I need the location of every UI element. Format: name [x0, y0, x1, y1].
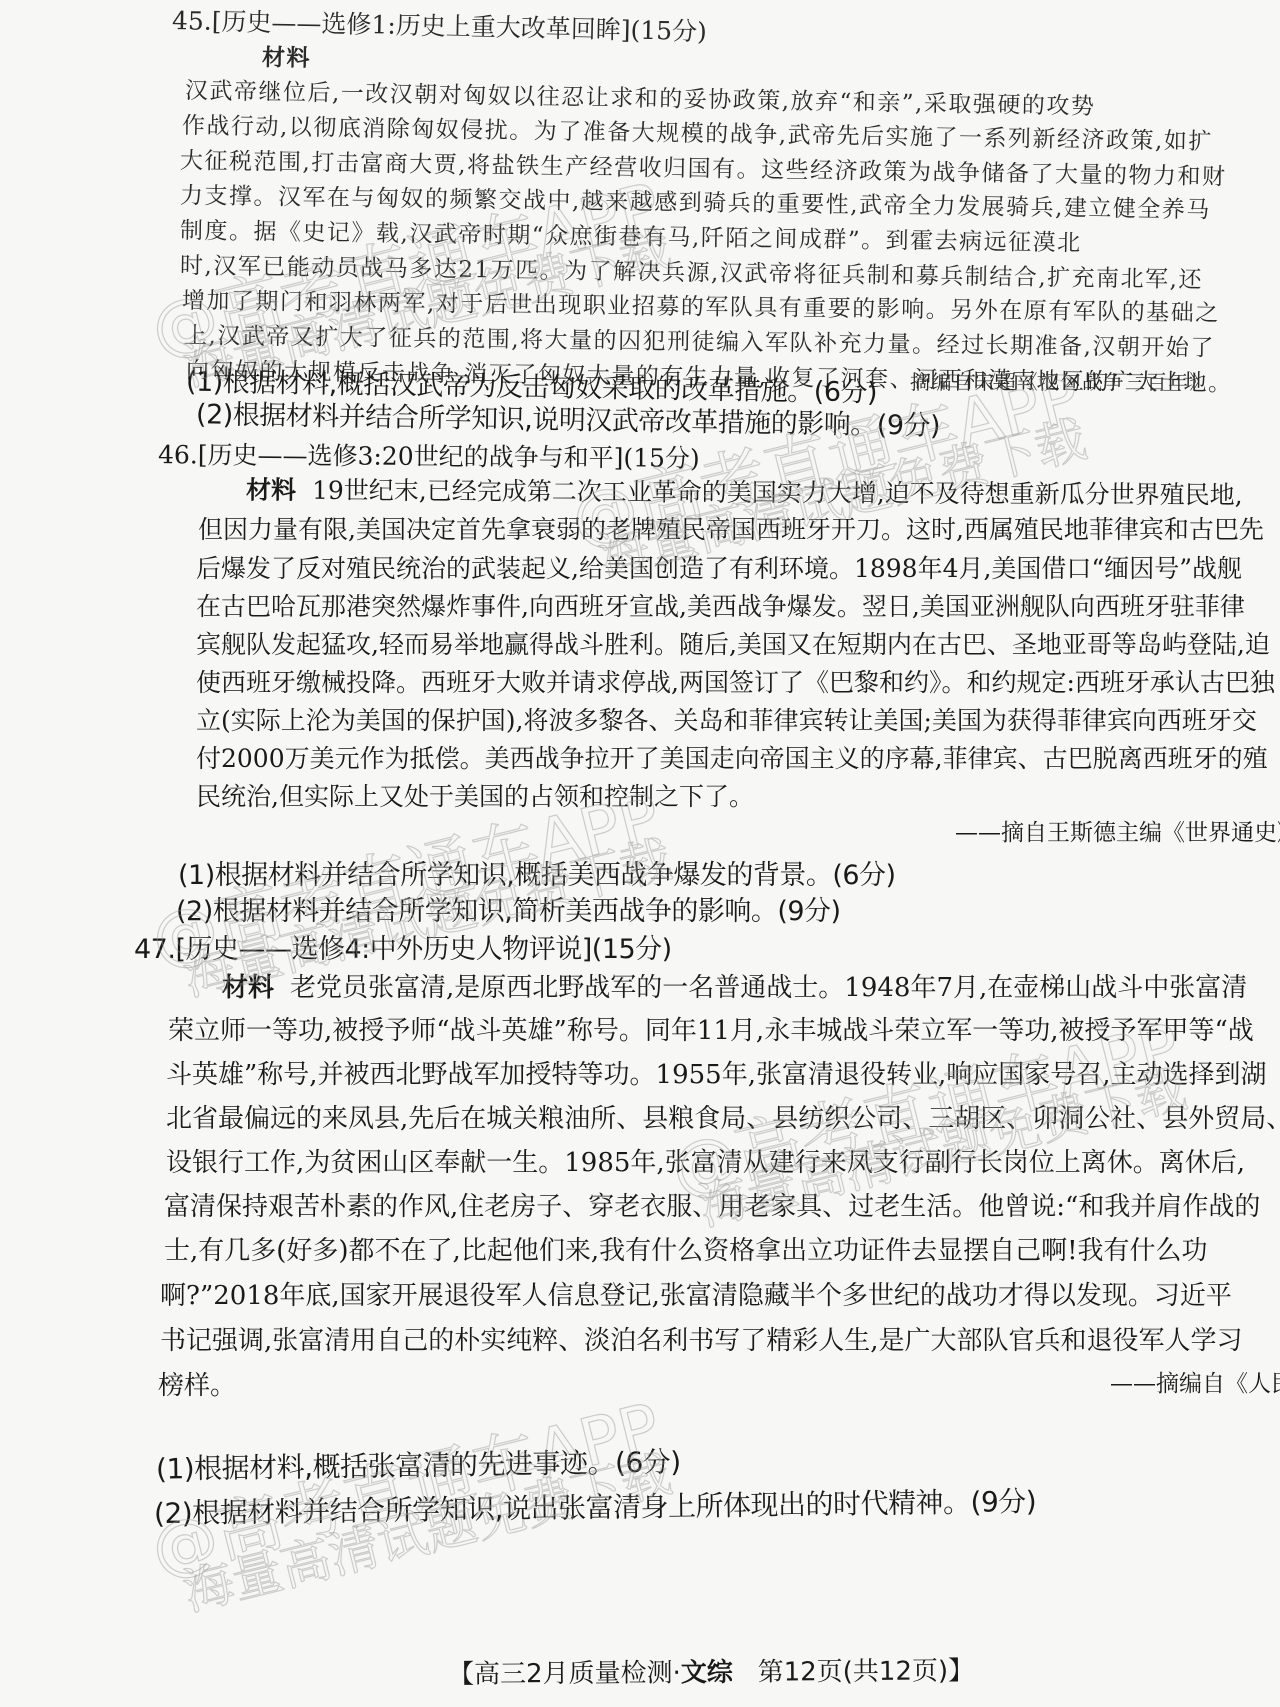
question-47-sub-1: (1)根据材料,概括张富清的先进事迹。(6分): [156, 1448, 681, 1483]
material-line: 制度。据《史记》载,汉武帝时期“众庶街巷有马,阡陌之间成群”。到霍去病远征漠北: [180, 220, 1082, 256]
question-47-heading: 47.[历史——选修4:中外历史人物评说](15分): [134, 936, 672, 963]
material-line: 上,汉武帝又扩大了征兵的范围,将大量的囚犯刑徒编入军队补充力量。经过长期准备,汉…: [184, 325, 1215, 361]
material-line: 啊?”2018年底,国家开展退役军人信息登记,张富清隐藏半个多世纪的战功才得以发…: [160, 1283, 1232, 1309]
footer-exam-title: 【高三2月质量检测·: [448, 1658, 681, 1690]
question-46-heading: 46.[历史——选修3:20世纪的战争与和平](15分): [158, 442, 700, 471]
material-label: 材料: [246, 475, 296, 504]
material-line: 付2000万美元作为抵偿。美西战争拉开了美国走向帝国主义的序幕,菲律宾、古巴脱离…: [196, 746, 1268, 771]
page-footer: 【高三2月质量检测·文综 第12页(共12页)】: [448, 1650, 974, 1691]
material-line: 作战行动,以彻底消除匈奴侵扰。为了准备大规模的战争,武帝先后实施了一系列新经济政…: [182, 115, 1213, 154]
material-line: 设银行工作,为贫困山区奉献一生。1985年,张富清从建行来凤支行副行长岗位上离休…: [166, 1150, 1245, 1176]
material-line: 老党员张富清,是原西北野战军的一名普通战士。1948年7月,在壶梯山战斗中张富清: [290, 973, 1247, 1003]
question-45-heading: 45.[历史——选修1:历史上重大改革回眸](15分): [172, 8, 707, 44]
material-line: 宾舰队发起猛攻,轻而易举地赢得战斗胜利。随后,美国又在短期内在古巴、圣地亚哥等岛…: [196, 632, 1270, 657]
material-line: 北省最偏远的来凤县,先后在城关粮油所、县粮食局、县纺织公司、三胡区、卯洞公社、县…: [166, 1106, 1280, 1132]
material-line: 立(实际上沦为美国的保护国),将波多黎各、关岛和菲律宾转让美国;美国为获得菲律宾…: [196, 708, 1257, 733]
question-46-sub-2: (2)根据材料并结合所学知识,简析美西战争的影响。(9分): [176, 898, 841, 925]
material-line: 但因力量有限,美国决定首先拿衰弱的老牌殖民帝国西班牙开刀。这时,西属殖民地菲律宾…: [198, 517, 1264, 542]
question-47-material-first: 材料老党员张富清,是原西北野战军的一名普通战士。1948年7月,在壶梯山战斗中张…: [222, 975, 1247, 1001]
material-line: 在古巴哈瓦那港突然爆炸事件,向西班牙宣战,美西战争爆发。翌日,美国亚洲舰队向西班…: [196, 594, 1245, 619]
question-45-source: 摘编自宋超《汉匈战争三百年》: [910, 372, 1211, 392]
footer-subject: 文综: [681, 1658, 733, 1688]
material-line: 书记强调,张富清用自己的朴实纯粹、淡泊名利书写了精彩人生,是广大部队官兵和退役军…: [160, 1328, 1243, 1354]
material-line: 大征税范围,打击富商大贾,将盐铁生产经营收归国有。这些经济政策为战争储备了大量的…: [180, 150, 1227, 189]
question-47-sub-2: (2)根据材料并结合所学知识,说出张富清身上所体现出的时代精神。(9分): [154, 1488, 1037, 1528]
exam-page: 45.[历史——选修1:历史上重大改革回眸](15分) 材料 汉武帝继位后,一改…: [0, 0, 1280, 1707]
material-line: 时,汉军已能动员战马多达21万匹。为了解决兵源,汉武帝将征兵制和募兵制结合,扩充…: [180, 255, 1203, 292]
material-line: 使西班牙缴械投降。西班牙大败并请求停战,两国签订了《巴黎和约》。和约规定:西班牙…: [196, 670, 1275, 695]
material-line: 后爆发了反对殖民统治的武装起义,给美国创造了有利环境。1898年4月,美国借口“…: [196, 556, 1242, 581]
material-line: 民统治,但实际上又处于美国的占领和控制之下了。: [196, 784, 754, 809]
question-46-source: ——摘自王斯德主编《世界通史》: [955, 822, 1280, 845]
material-label: 材料: [222, 973, 274, 1003]
material-line: 增加了期门和羽林两军,对于后世出现职业招募的军队具有重要的影响。另外在原有军队的…: [182, 290, 1220, 326]
material-line: 富清保持艰苦朴素的作风,住老房子、穿老衣服、用老家具、过老生活。他曾说:“和我并…: [164, 1194, 1260, 1220]
footer-page-number: 第12页(共12页)】: [758, 1656, 975, 1688]
material-line: 士,有几多(好多)都不在了,比起他们来,我有什么资格拿出立功证件去显摆自己啊!我…: [164, 1238, 1208, 1264]
material-line: 力支撑。汉军在与匈奴的频繁交战中,越来越感到骑兵的重要性,武帝全力发展骑兵,建立…: [180, 185, 1211, 222]
material-label: 材料: [262, 44, 311, 72]
material-line: 荣立师一等功,被授予师“战斗英雄”称号。同年11月,永丰城战斗荣立军一等功,被授…: [168, 1018, 1254, 1044]
material-line: 汉武帝继位后,一改汉朝对匈奴以往忍让求和的妥协政策,放弃“和亲”,采取强硬的攻势: [185, 80, 1096, 119]
question-46-material-first: 材料19世纪末,已经完成第二次工业革命的美国实力大增,迫不及待想重新瓜分世界殖民…: [246, 477, 1243, 507]
material-line: 斗英雄”称号,并被西北野战军加授特等功。1955年,张富清退役转业,响应国家号召…: [166, 1062, 1267, 1088]
material-line: 19世纪末,已经完成第二次工业革命的美国实力大增,迫不及待想重新瓜分世界殖民地,: [312, 476, 1243, 510]
question-47-source: ——摘编自《人民日报》: [1110, 1373, 1280, 1396]
question-45-material-first: 材料: [262, 46, 327, 71]
material-line: 榜样。: [158, 1373, 236, 1399]
question-46-sub-1: (1)根据材料并结合所学知识,概括美西战争爆发的背景。(6分): [178, 862, 896, 889]
